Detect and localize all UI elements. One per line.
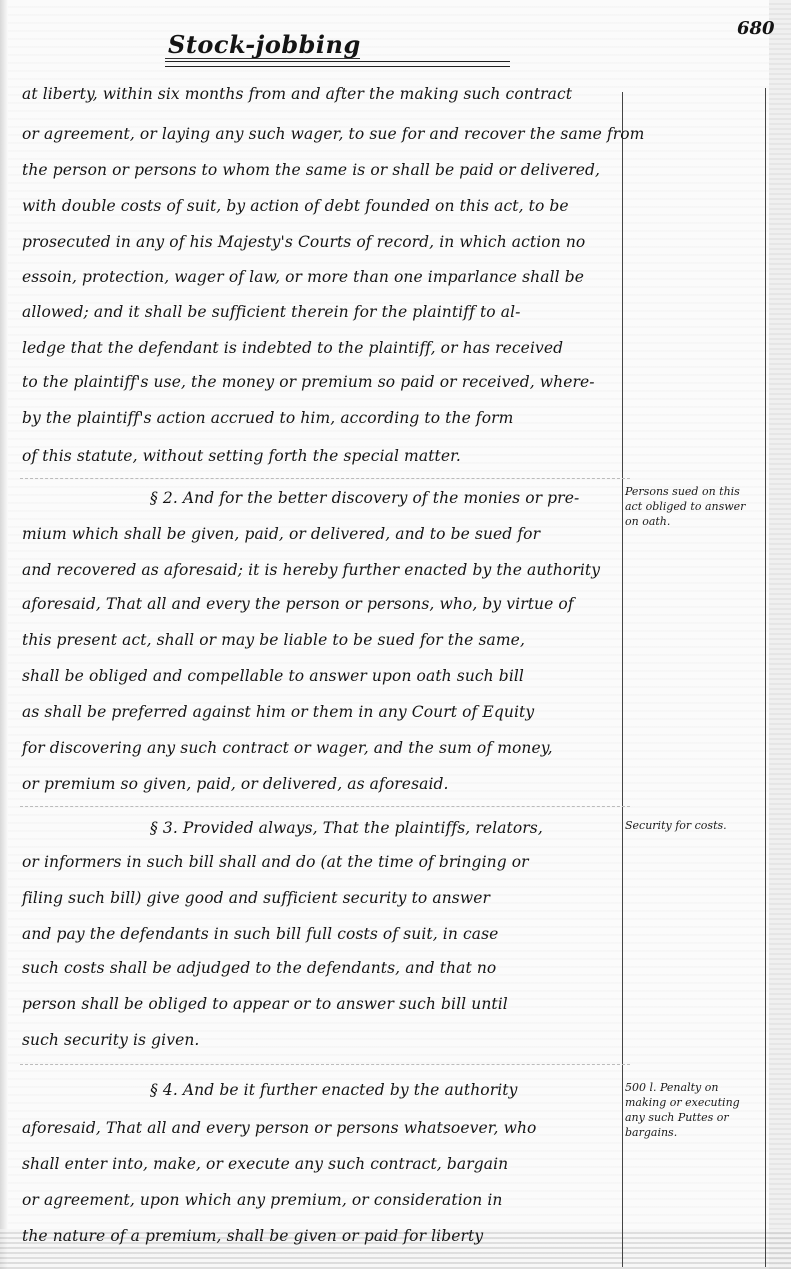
margin-note-line: 500 l. Penalty on bbox=[625, 1080, 760, 1095]
text-line: aforesaid, That all and every person or … bbox=[22, 1118, 632, 1138]
text-line: or agreement, upon which any premium, or… bbox=[22, 1190, 632, 1210]
scan-edge-right bbox=[769, 0, 791, 1269]
text-line: with double costs of suit, by action of … bbox=[22, 196, 632, 216]
text-line: of this statute, without setting forth t… bbox=[22, 446, 632, 466]
text-line: aforesaid, That all and every the person… bbox=[22, 594, 632, 614]
text-line: such security is given. bbox=[22, 1030, 632, 1050]
text-line: at liberty, within six months from and a… bbox=[22, 84, 632, 104]
section-opening-line: § 2. And for the better discovery of the… bbox=[150, 488, 630, 508]
margin-note-line: making or executing bbox=[625, 1095, 760, 1110]
text-line: the nature of a premium, shall be given … bbox=[22, 1226, 632, 1246]
text-line: mium which shall be given, paid, or deli… bbox=[22, 524, 632, 544]
text-line: by the plaintiff's action accrued to him… bbox=[22, 408, 632, 428]
section-divider bbox=[20, 806, 630, 807]
text-line: and pay the defendants in such bill full… bbox=[22, 924, 632, 944]
text-line: or agreement, or laying any such wager, … bbox=[22, 124, 632, 144]
text-line: or premium so given, paid, or delivered,… bbox=[22, 774, 632, 794]
text-line: ledge that the defendant is indebted to … bbox=[22, 338, 632, 358]
page-number: 680 bbox=[737, 18, 775, 39]
text-line: such costs shall be adjudged to the defe… bbox=[22, 958, 632, 978]
scan-edge-left bbox=[0, 0, 8, 1269]
text-line: for discovering any such contract or wag… bbox=[22, 738, 632, 758]
margin-note: 500 l. Penalty onmaking or executingany … bbox=[625, 1080, 760, 1140]
text-line: person shall be obliged to appear or to … bbox=[22, 994, 632, 1014]
text-line: this present act, shall or may be liable… bbox=[22, 630, 632, 650]
margin-rule-right bbox=[765, 88, 766, 1267]
margin-note: Security for costs. bbox=[625, 818, 760, 833]
manuscript-page: Stock-jobbing 680 at liberty, within six… bbox=[0, 0, 791, 1269]
page-heading: Stock-jobbing bbox=[168, 30, 361, 59]
section-divider bbox=[20, 478, 630, 479]
section-opening-line: § 4. And be it further enacted by the au… bbox=[150, 1080, 630, 1100]
margin-note-line: act obliged to answer bbox=[625, 499, 760, 514]
margin-note: Persons sued on thisact obliged to answe… bbox=[625, 484, 760, 529]
margin-note-line: on oath. bbox=[625, 514, 760, 529]
text-line: the person or persons to whom the same i… bbox=[22, 160, 632, 180]
heading-underline-short bbox=[165, 58, 360, 59]
text-line: or informers in such bill shall and do (… bbox=[22, 852, 632, 872]
margin-note-line: Security for costs. bbox=[625, 818, 760, 833]
text-line: to the plaintiff's use, the money or pre… bbox=[22, 372, 632, 392]
section-divider bbox=[20, 1064, 630, 1065]
margin-note-line: bargains. bbox=[625, 1125, 760, 1140]
text-line: as shall be preferred against him or the… bbox=[22, 702, 632, 722]
text-line: shall enter into, make, or execute any s… bbox=[22, 1154, 632, 1174]
heading-underline bbox=[165, 61, 510, 67]
margin-note-line: any such Puttes or bbox=[625, 1110, 760, 1125]
margin-note-line: Persons sued on this bbox=[625, 484, 760, 499]
text-line: and recovered as aforesaid; it is hereby… bbox=[22, 560, 632, 580]
text-line: allowed; and it shall be sufficient ther… bbox=[22, 302, 632, 322]
section-opening-line: § 3. Provided always, That the plaintiff… bbox=[150, 818, 630, 838]
text-line: prosecuted in any of his Majesty's Court… bbox=[22, 232, 632, 252]
text-line: shall be obliged and compellable to answ… bbox=[22, 666, 632, 686]
text-line: filing such bill) give good and sufficie… bbox=[22, 888, 632, 908]
text-line: essoin, protection, wager of law, or mor… bbox=[22, 267, 632, 287]
